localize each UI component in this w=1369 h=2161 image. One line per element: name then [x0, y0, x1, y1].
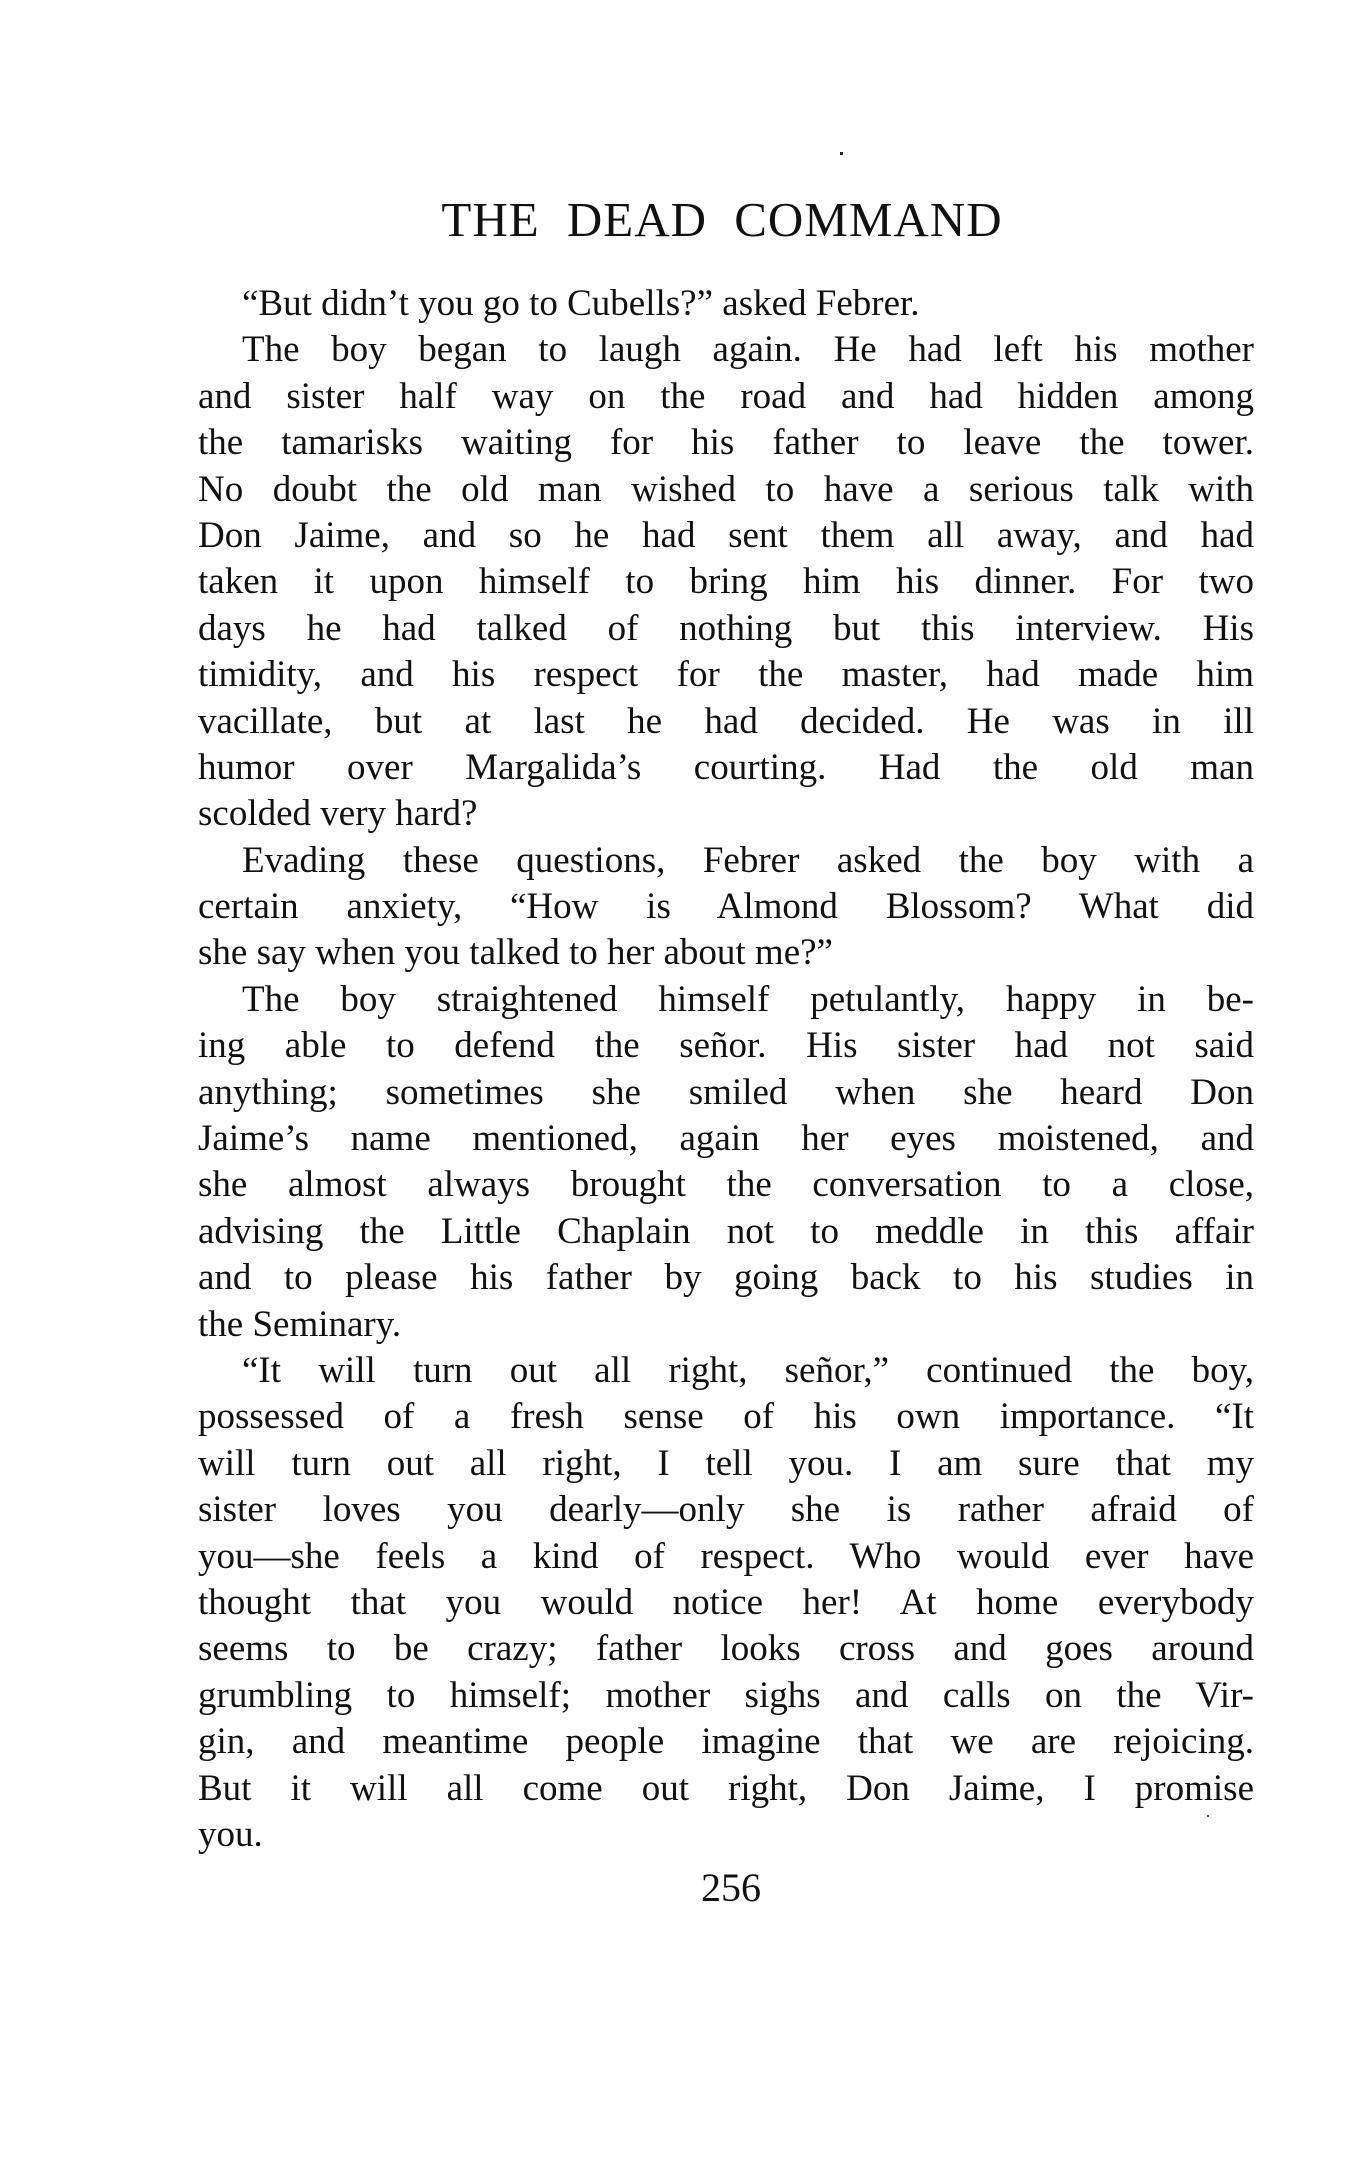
- text-line: the Seminary.: [198, 1302, 1254, 1348]
- text-line: ing able to defend the señor. His sister…: [198, 1023, 1254, 1069]
- paragraph: The boy straightened himself petulantly,…: [198, 977, 1254, 1348]
- text-line: gin, and meantime people imagine that we…: [198, 1719, 1254, 1765]
- text-line: advising the Little Chaplain not to medd…: [198, 1209, 1254, 1255]
- text-line: anything; sometimes she smiled when she …: [198, 1070, 1254, 1116]
- paragraph: The boy began to laugh again. He had lef…: [198, 327, 1254, 837]
- text-line: days he had talked of nothing but this i…: [198, 606, 1254, 652]
- text-line: sister loves you dearly—only she is rath…: [198, 1487, 1254, 1533]
- text-line: seems to be crazy; father looks cross an…: [198, 1626, 1254, 1672]
- text-line: you.: [198, 1812, 1254, 1858]
- scan-speck: [840, 152, 843, 155]
- text-line: you—she feels a kind of respect. Who wou…: [198, 1534, 1254, 1580]
- text-line: taken it upon himself to bring him his d…: [198, 559, 1254, 605]
- paragraph: “It will turn out all right, señor,” con…: [198, 1348, 1254, 1858]
- text-line: possessed of a fresh sense of his own im…: [198, 1394, 1254, 1440]
- text-line: Jaime’s name mentioned, again her eyes m…: [198, 1116, 1254, 1162]
- text-line: “But didn’t you go to Cubells?” asked Fe…: [198, 281, 1254, 327]
- text-line: No doubt the old man wished to have a se…: [198, 467, 1254, 513]
- text-line: scolded very hard?: [198, 791, 1254, 837]
- running-head: THE DEAD COMMAND: [398, 192, 1046, 248]
- text-line: she say when you talked to her about me?…: [198, 930, 1254, 976]
- text-line: the tamarisks waiting for his father to …: [198, 420, 1254, 466]
- text-line: thought that you would notice her! At ho…: [198, 1580, 1254, 1626]
- paragraph: “But didn’t you go to Cubells?” asked Fe…: [198, 281, 1254, 327]
- text-line: grumbling to himself; mother sighs and c…: [198, 1673, 1254, 1719]
- text-line: humor over Margalida’s courting. Had the…: [198, 745, 1254, 791]
- text-line: “It will turn out all right, señor,” con…: [198, 1348, 1254, 1394]
- text-line: she almost always brought the conversati…: [198, 1162, 1254, 1208]
- text-line: certain anxiety, “How is Almond Blossom?…: [198, 884, 1254, 930]
- text-line: vacillate, but at last he had decided. H…: [198, 699, 1254, 745]
- text-line: will turn out all right, I tell you. I a…: [198, 1441, 1254, 1487]
- paragraph: Evading these questions, Febrer asked th…: [198, 838, 1254, 977]
- text-line: Evading these questions, Febrer asked th…: [198, 838, 1254, 884]
- book-page: THE DEAD COMMAND “But didn’t you go to C…: [0, 0, 1369, 2161]
- text-line: But it will all come out right, Don Jaim…: [198, 1766, 1254, 1812]
- page-number: 256: [0, 1866, 1369, 1910]
- text-line: and to please his father by going back t…: [198, 1255, 1254, 1301]
- text-line: The boy began to laugh again. He had lef…: [198, 327, 1254, 373]
- body-text: “But didn’t you go to Cubells?” asked Fe…: [198, 281, 1254, 1858]
- text-line: The boy straightened himself petulantly,…: [198, 977, 1254, 1023]
- text-line: and sister half way on the road and had …: [198, 374, 1254, 420]
- text-line: Don Jaime, and so he had sent them all a…: [198, 513, 1254, 559]
- text-line: timidity, and his respect for the master…: [198, 652, 1254, 698]
